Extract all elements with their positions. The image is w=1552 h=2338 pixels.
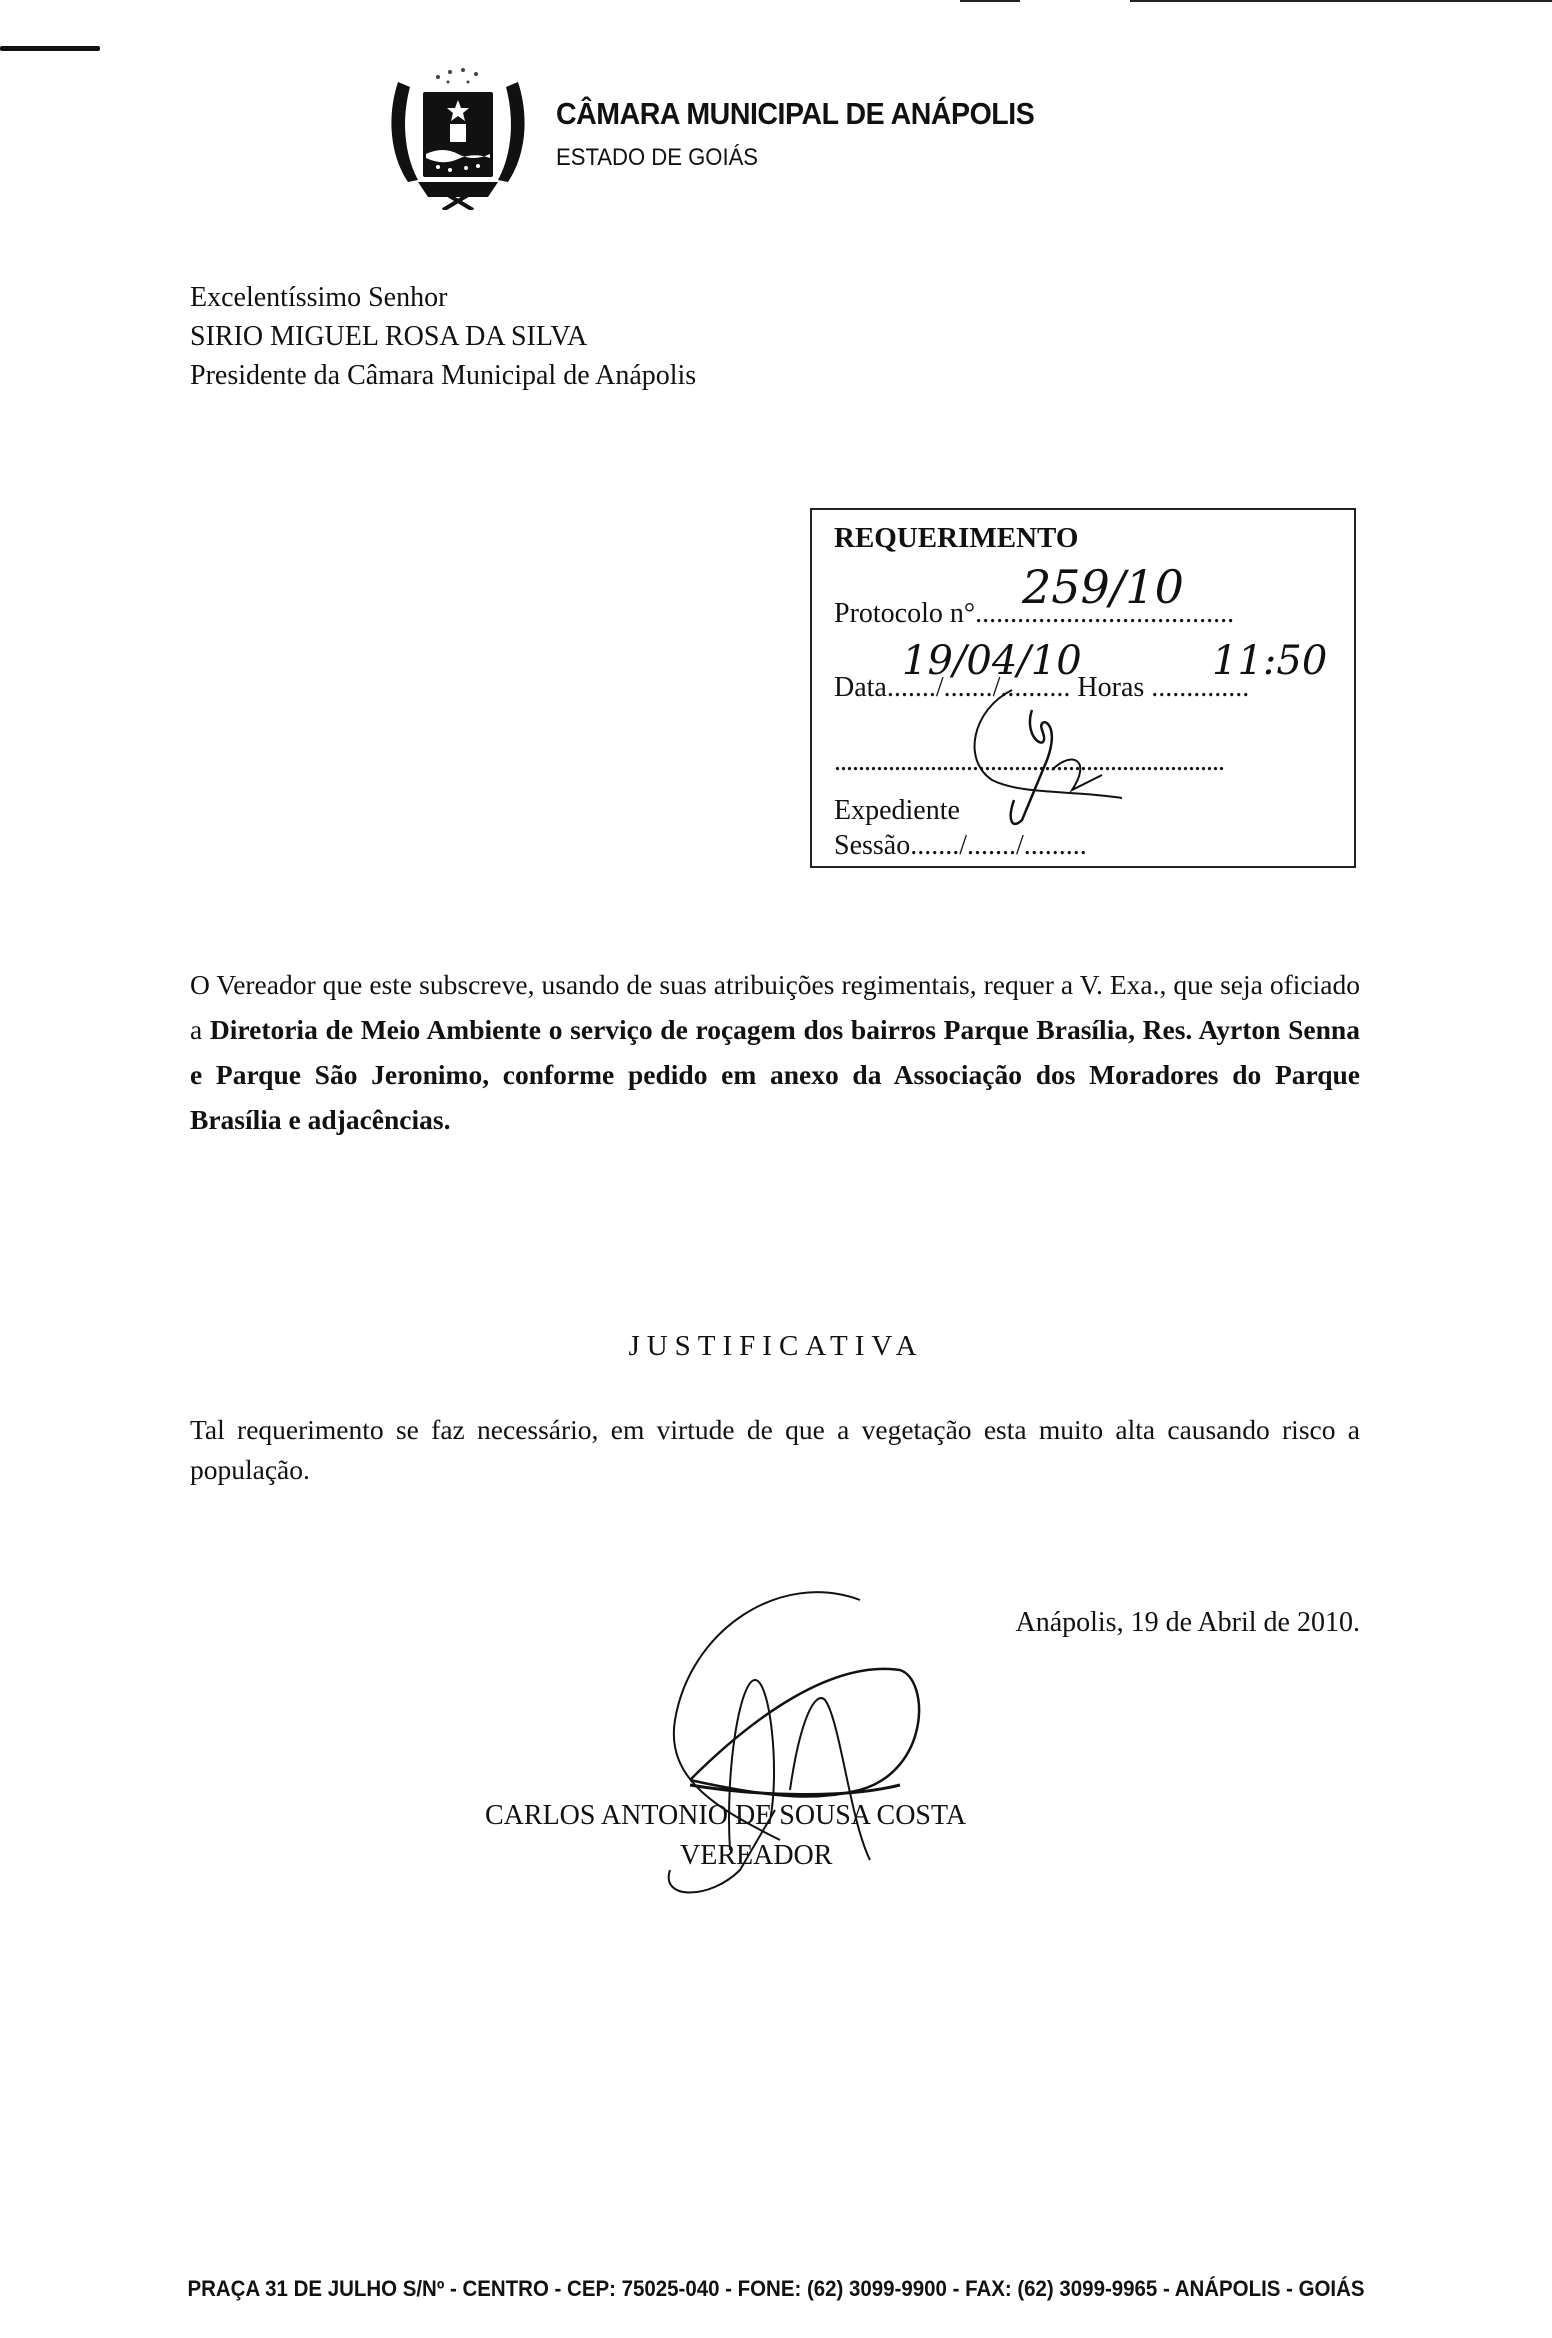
addressee-position: Presidente da Câmara Municipal de Anápol… <box>190 356 696 396</box>
sessao-field: Sessão......./......./......... <box>834 830 1087 862</box>
institution-name: CÂMARA MUNICIPAL DE ANÁPOLIS <box>556 96 1034 132</box>
signer-role: VEREADOR <box>680 1840 832 1872</box>
date-handwritten-value: 19/04/10 <box>902 638 1082 684</box>
footer-address: PRAÇA 31 DE JULHO S/Nº - CENTRO - CEP: 7… <box>54 2276 1497 2302</box>
expediente-label: Expediente <box>834 795 960 827</box>
justification-title: JUSTIFICATIVA <box>0 1330 1552 1363</box>
protocol-label: Protocolo n° <box>834 598 975 629</box>
scan-edge-line <box>960 0 1020 2</box>
salutation: Excelentíssimo Senhor <box>190 278 447 318</box>
signer-name: CARLOS ANTONIO DE SOUSA COSTA <box>485 1800 966 1832</box>
date-label: Data <box>834 672 887 703</box>
protocol-handwritten-value: 259/10 <box>1022 560 1184 614</box>
scan-mark <box>0 46 100 51</box>
justification-text: Tal requerimento se faz necessário, em v… <box>190 1410 1360 1490</box>
receiver-signature-icon <box>952 680 1152 830</box>
protocol-box-title: REQUERIMENTO <box>834 522 1078 555</box>
place-and-date: Anápolis, 19 de Abril de 2010. <box>1015 1607 1360 1639</box>
sessao-label: Sessão <box>834 830 910 861</box>
sessao-dots: ......./......./......... <box>910 830 1087 861</box>
state-name: ESTADO DE GOIÁS <box>556 144 758 172</box>
municipal-coat-of-arms-icon <box>388 62 528 210</box>
request-text-department: Diretoria de Meio Ambiente <box>210 1014 541 1045</box>
request-paragraph: O Vereador que este subscreve, usando de… <box>190 962 1360 1142</box>
protocol-stamp-box: REQUERIMENTO Protocolo n°...............… <box>810 508 1356 868</box>
hours-handwritten-value: 11:50 <box>1212 638 1327 684</box>
scan-edge-line <box>1130 0 1552 2</box>
addressee-name: SIRIO MIGUEL ROSA DA SILVA <box>190 317 587 357</box>
